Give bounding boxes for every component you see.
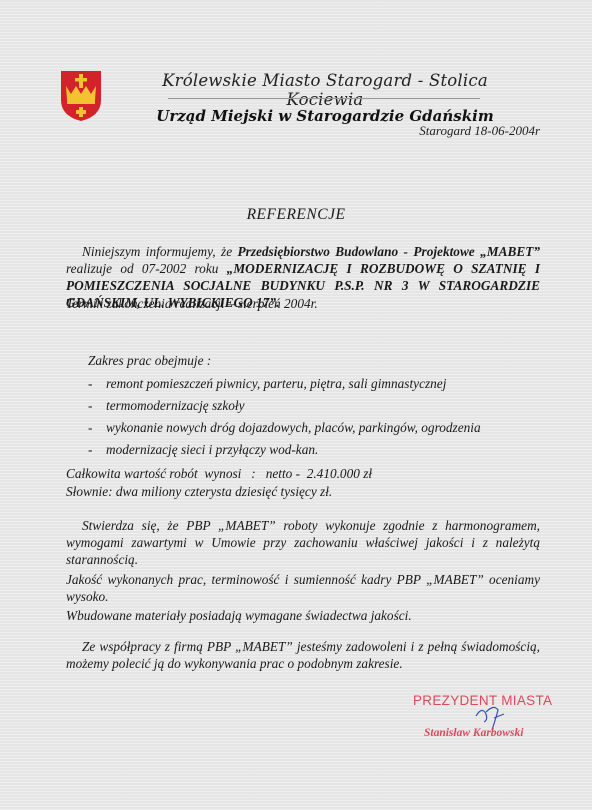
quality-paragraph: Jakość wykonanych prac, terminowość i su… (66, 571, 540, 605)
intro-mid: realizuje od 07-2002 roku (66, 261, 227, 276)
bullet-dash: - (88, 375, 92, 393)
bullet-dash: - (88, 419, 92, 437)
scope-item-text: termomodernizację szkoły (106, 398, 244, 413)
recommendation-paragraph: Ze współpracy z firmą PBP „MABET” jesteś… (66, 638, 540, 672)
scope-heading: Zakres prac obejmuje : (88, 353, 211, 369)
scope-item-text: modernizację sieci i przyłączy wod-kan. (106, 442, 318, 457)
intro-lead: Niniejszym informujemy, że (82, 244, 238, 259)
signatory-name: Stanisław Karbowski (424, 727, 523, 739)
document-title: REFERENCJE (0, 206, 592, 224)
list-item: -remont pomieszczeń piwnicy, parteru, pi… (88, 375, 481, 397)
list-item: -termomodernizację szkoły (88, 397, 481, 419)
list-item: -wykonanie nowych dróg dojazdowych, plac… (88, 419, 481, 441)
total-value: Całkowita wartość robót wynosi : netto -… (66, 465, 540, 482)
materials-paragraph: Wbudowane materiały posiadają wymagane ś… (66, 607, 540, 624)
scope-item-text: wykonanie nowych dróg dojazdowych, placó… (106, 420, 481, 435)
header-divider (168, 98, 480, 99)
bullet-dash: - (88, 397, 92, 415)
company-name: Przedsiębiorstwo Budowlano - Projektowe … (238, 244, 540, 259)
city-title: Królewskie Miasto Starogard - Stolica Ko… (134, 71, 516, 109)
list-item: -modernizację sieci i przyłączy wod-kan. (88, 441, 481, 463)
scope-list: -remont pomieszczeń piwnicy, parteru, pi… (88, 375, 481, 463)
letter-date: Starogard 18-06-2004r (419, 123, 540, 139)
deadline-text: Termin zakończenia realizacji – sierpień… (66, 295, 540, 312)
value-in-words: Słownie: dwa miliony czterysta dziesięć … (66, 483, 540, 500)
scope-item-text: remont pomieszczeń piwnicy, parteru, pię… (106, 376, 446, 391)
compliance-paragraph: Stwierdza się, że PBP „MABET” roboty wyk… (66, 517, 540, 568)
coat-of-arms-icon (60, 70, 102, 122)
bullet-dash: - (88, 441, 92, 459)
